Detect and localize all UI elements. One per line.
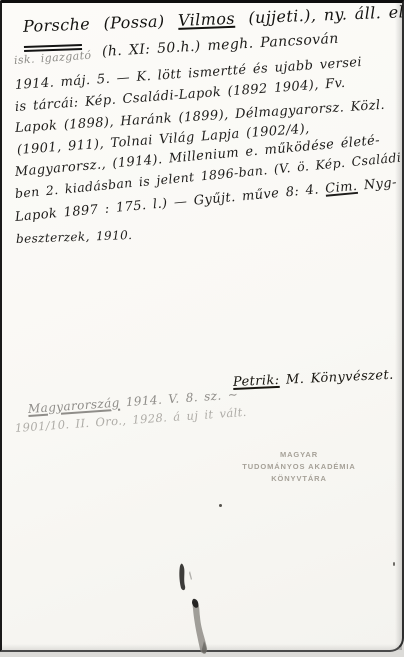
stamp-line: KÖNYVTÁRA — [232, 473, 366, 485]
catalog-card: Porsche (Possa) Vilmos (ujjeti.), ny. ál… — [0, 0, 404, 652]
heading-forename: Vilmos — [178, 9, 236, 30]
scan-edge-shadow — [2, 644, 402, 650]
stamp-line: MAGYAR — [232, 449, 366, 461]
reference-note: Petrik: M. Könyvészet. — [233, 369, 394, 389]
heading-rest: (ujjeti.), ny. áll. el. — [248, 2, 404, 27]
pencil-note1-underlined: Magyarország — [28, 396, 121, 416]
reference-source: Petrik: — [233, 373, 280, 390]
scan-edge-shadow — [395, 3, 402, 650]
body-line: beszterzek, 1910. — [16, 229, 133, 245]
library-stamp: MAGYAR TUDOMÁNYOS AKADÉMIA KÖNYVTÁRA — [232, 449, 366, 485]
stamp-line: TUDOMÁNYOS AKADÉMIA — [232, 461, 366, 473]
pencil-profession-note: isk. igazgató — [14, 50, 92, 66]
reference-rest: M. Könyvészet. — [286, 368, 394, 388]
heading-line: Porsche (Possa) Vilmos (ujjeti.), ny. ál… — [20, 4, 404, 35]
ink-smudge — [152, 545, 222, 652]
body-line8-underlined: Cim. — [325, 179, 358, 197]
heading-alt-surname: (Possa) — [103, 11, 165, 32]
body-line: (h. XI: 50.h.) megh. Pancsován — [102, 32, 339, 59]
heading-surname: Porsche — [23, 14, 91, 36]
ink-speck — [219, 504, 222, 507]
body-line8-post: Nyg- — [363, 175, 397, 193]
